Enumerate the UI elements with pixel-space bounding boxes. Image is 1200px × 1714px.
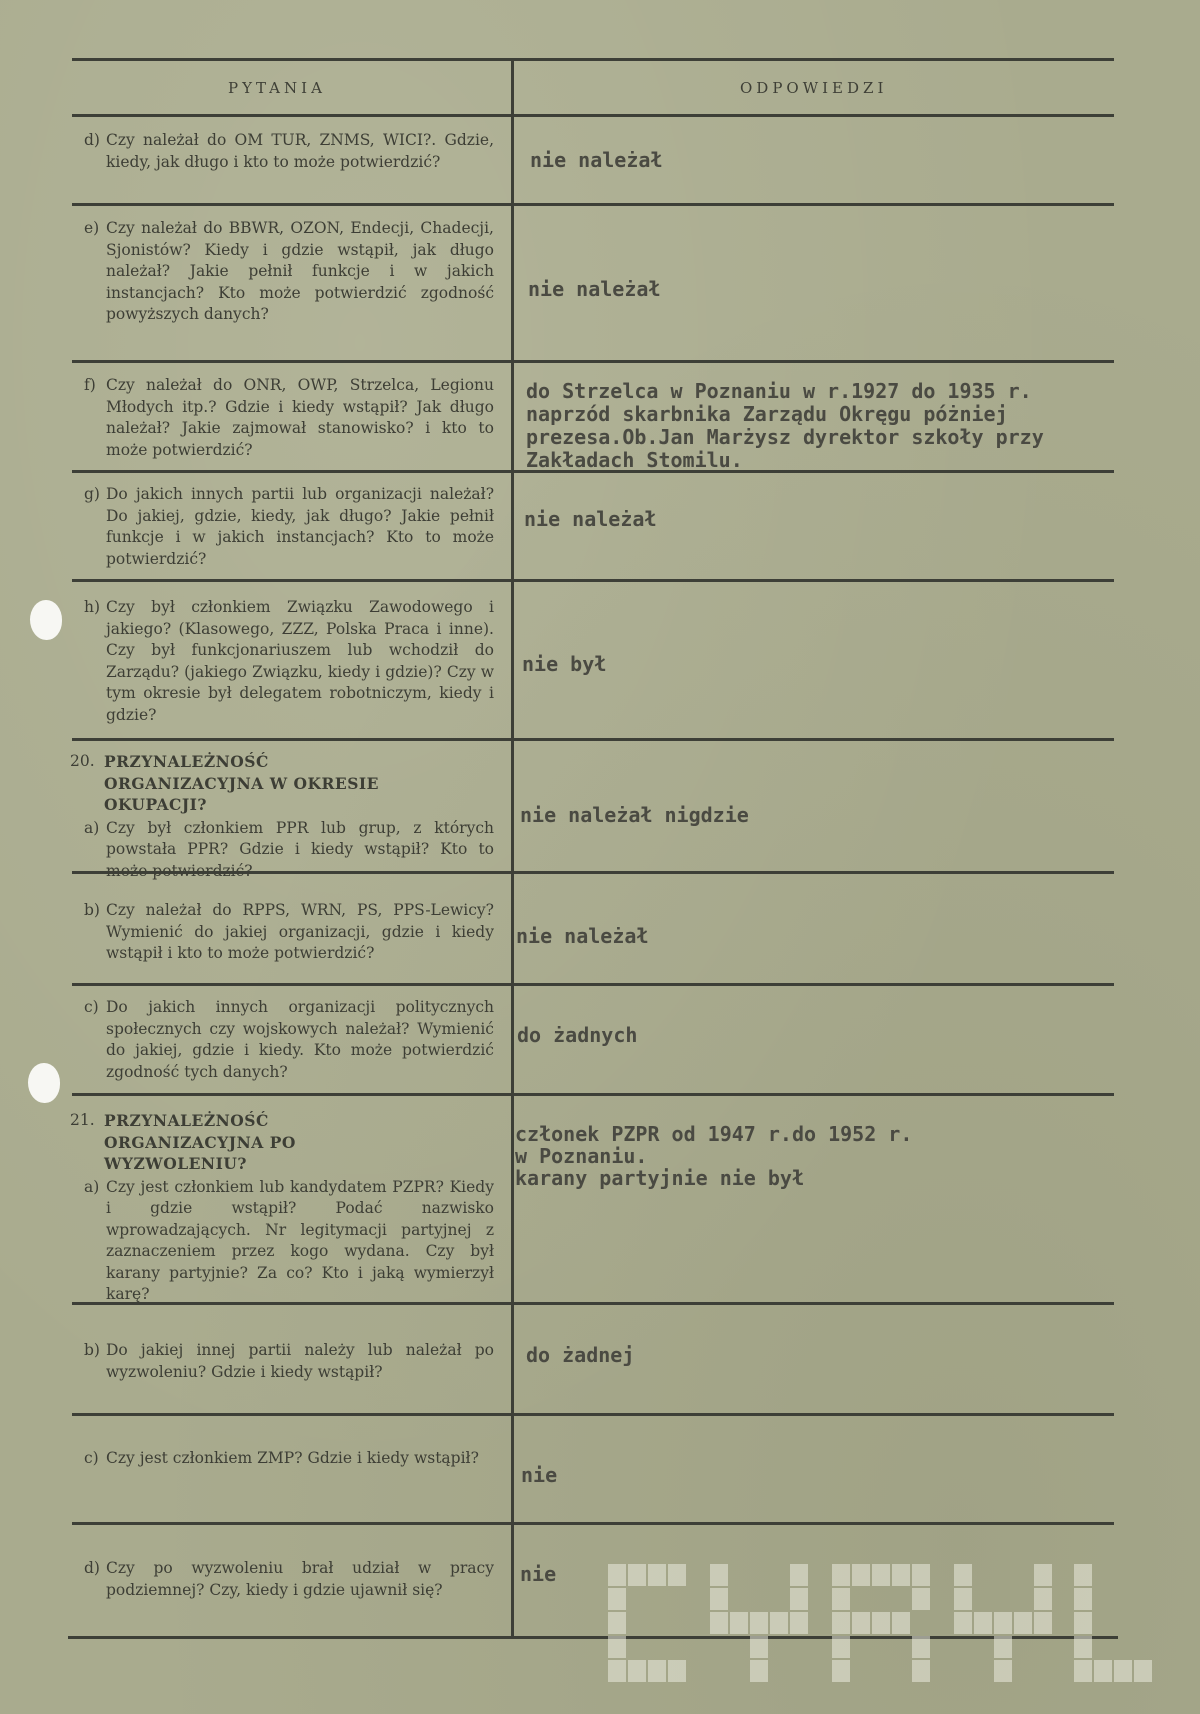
answer-21d: nie <box>520 1562 556 1586</box>
question-text: Czy był członkiem PPR lub grup, z któryc… <box>106 818 494 883</box>
table-top-rule <box>72 58 1114 61</box>
question-label: b) <box>84 900 100 922</box>
row-rule <box>72 983 1114 986</box>
question-label: f) <box>84 375 96 397</box>
row-rule <box>72 579 1114 582</box>
section-title: PRZYNALEŻNOŚĆ ORGANIZACYJNA PO WYZWOLENI… <box>104 1110 434 1175</box>
answers-column-header: ODPOWIEDZI <box>740 79 887 97</box>
section-title: PRZYNALEŻNOŚĆ ORGANIZACYJNA W OKRESIE OK… <box>104 751 434 816</box>
punch-hole-top <box>30 600 62 640</box>
question-text: Czy należał do RPPS, WRN, PS, PPS-Lewicy… <box>106 900 494 965</box>
question-label: e) <box>84 218 99 240</box>
punch-hole-bottom <box>28 1063 60 1103</box>
row-rule <box>72 360 1114 363</box>
answer-f: do Strzelca w Poznaniu w r.1927 do 1935 … <box>526 380 1044 472</box>
section-number: 21. <box>70 1110 95 1132</box>
question-text: Czy jest członkiem ZMP? Gdzie i kiedy ws… <box>106 1448 494 1470</box>
column-divider <box>511 60 514 1638</box>
section-21-liberation: 21. PRZYNALEŻNOŚĆ ORGANIZACYJNA PO WYZWO… <box>84 1110 494 1306</box>
answer-21a: członek PZPR od 1947 r.do 1952 r. w Pozn… <box>515 1123 912 1189</box>
question-d-youth-orgs: d) Czy należał do OM TUR, ZNMS, WICI?. G… <box>84 130 494 173</box>
answer-e: nie należał <box>528 277 660 301</box>
row-rule <box>72 738 1114 741</box>
answer-h: nie był <box>522 652 606 676</box>
question-text: Czy należał do OM TUR, ZNMS, WICI?. Gdzi… <box>106 130 494 173</box>
question-text: Czy po wyzwoleniu brał udział w pracy po… <box>106 1558 494 1601</box>
row-rule <box>72 1413 1114 1416</box>
question-text: Czy należał do ONR, OWP, Strzelca, Legio… <box>106 375 494 461</box>
question-label: d) <box>84 1558 100 1580</box>
answer-21b: do żadnej <box>526 1343 634 1367</box>
question-d-underground: d) Czy po wyzwoleniu brał udział w pracy… <box>84 1558 494 1601</box>
header-bottom-rule <box>72 114 1114 117</box>
question-label: c) <box>84 1448 99 1470</box>
section-number: 20. <box>70 751 95 773</box>
question-label: c) <box>84 997 99 1019</box>
question-label: h) <box>84 597 100 619</box>
question-text: Do jakiej innej partii należy lub należa… <box>106 1340 494 1383</box>
question-b-rpps: b) Czy należał do RPPS, WRN, PS, PPS-Lew… <box>84 900 494 965</box>
row-rule <box>72 1093 1114 1096</box>
question-text: Czy należał do BBWR, OZON, Endecji, Chad… <box>106 218 494 326</box>
question-label: d) <box>84 130 100 152</box>
row-rule <box>72 1522 1114 1525</box>
answer-g: nie należał <box>524 507 656 531</box>
section-20-occupation: 20. PRZYNALEŻNOŚĆ ORGANIZACYJNA W OKRESI… <box>84 751 494 882</box>
question-e-bbwr: e) Czy należał do BBWR, OZON, Endecji, C… <box>84 218 494 326</box>
question-f-onr: f) Czy należał do ONR, OWP, Strzelca, Le… <box>84 375 494 461</box>
row-rule <box>72 203 1114 206</box>
question-h-trade-union: h) Czy był członkiem Związku Zawodowego … <box>84 597 494 726</box>
question-c-zmp: c) Czy jest członkiem ZMP? Gdzie i kiedy… <box>84 1448 494 1470</box>
answer-21c: nie <box>521 1463 557 1487</box>
question-text: Do jakich innych partii lub organizacji … <box>106 484 494 570</box>
answer-20c: do żadnych <box>517 1023 637 1047</box>
question-text: Czy jest członkiem lub kandydatem PZPR? … <box>106 1177 494 1306</box>
question-label: a) <box>84 1177 99 1199</box>
question-label: g) <box>84 484 100 506</box>
answer-20b: nie należał <box>516 924 648 948</box>
questions-column-header: PYTANIA <box>228 79 326 97</box>
question-g-other-parties: g) Do jakich innych partii lub organizac… <box>84 484 494 570</box>
question-b-other-party: b) Do jakiej innej partii należy lub nal… <box>84 1340 494 1383</box>
question-text: Do jakich innych organizacji politycznyc… <box>106 997 494 1083</box>
question-text: Czy był członkiem Związku Zawodowego i j… <box>106 597 494 726</box>
question-label: b) <box>84 1340 100 1362</box>
answer-20a: nie należał nigdzie <box>520 803 749 827</box>
answer-d: nie należał <box>530 148 662 172</box>
question-label: a) <box>84 818 99 840</box>
watermark-logo <box>608 1564 1108 1664</box>
question-c-other-orgs: c) Do jakich innych organizacji politycz… <box>84 997 494 1083</box>
